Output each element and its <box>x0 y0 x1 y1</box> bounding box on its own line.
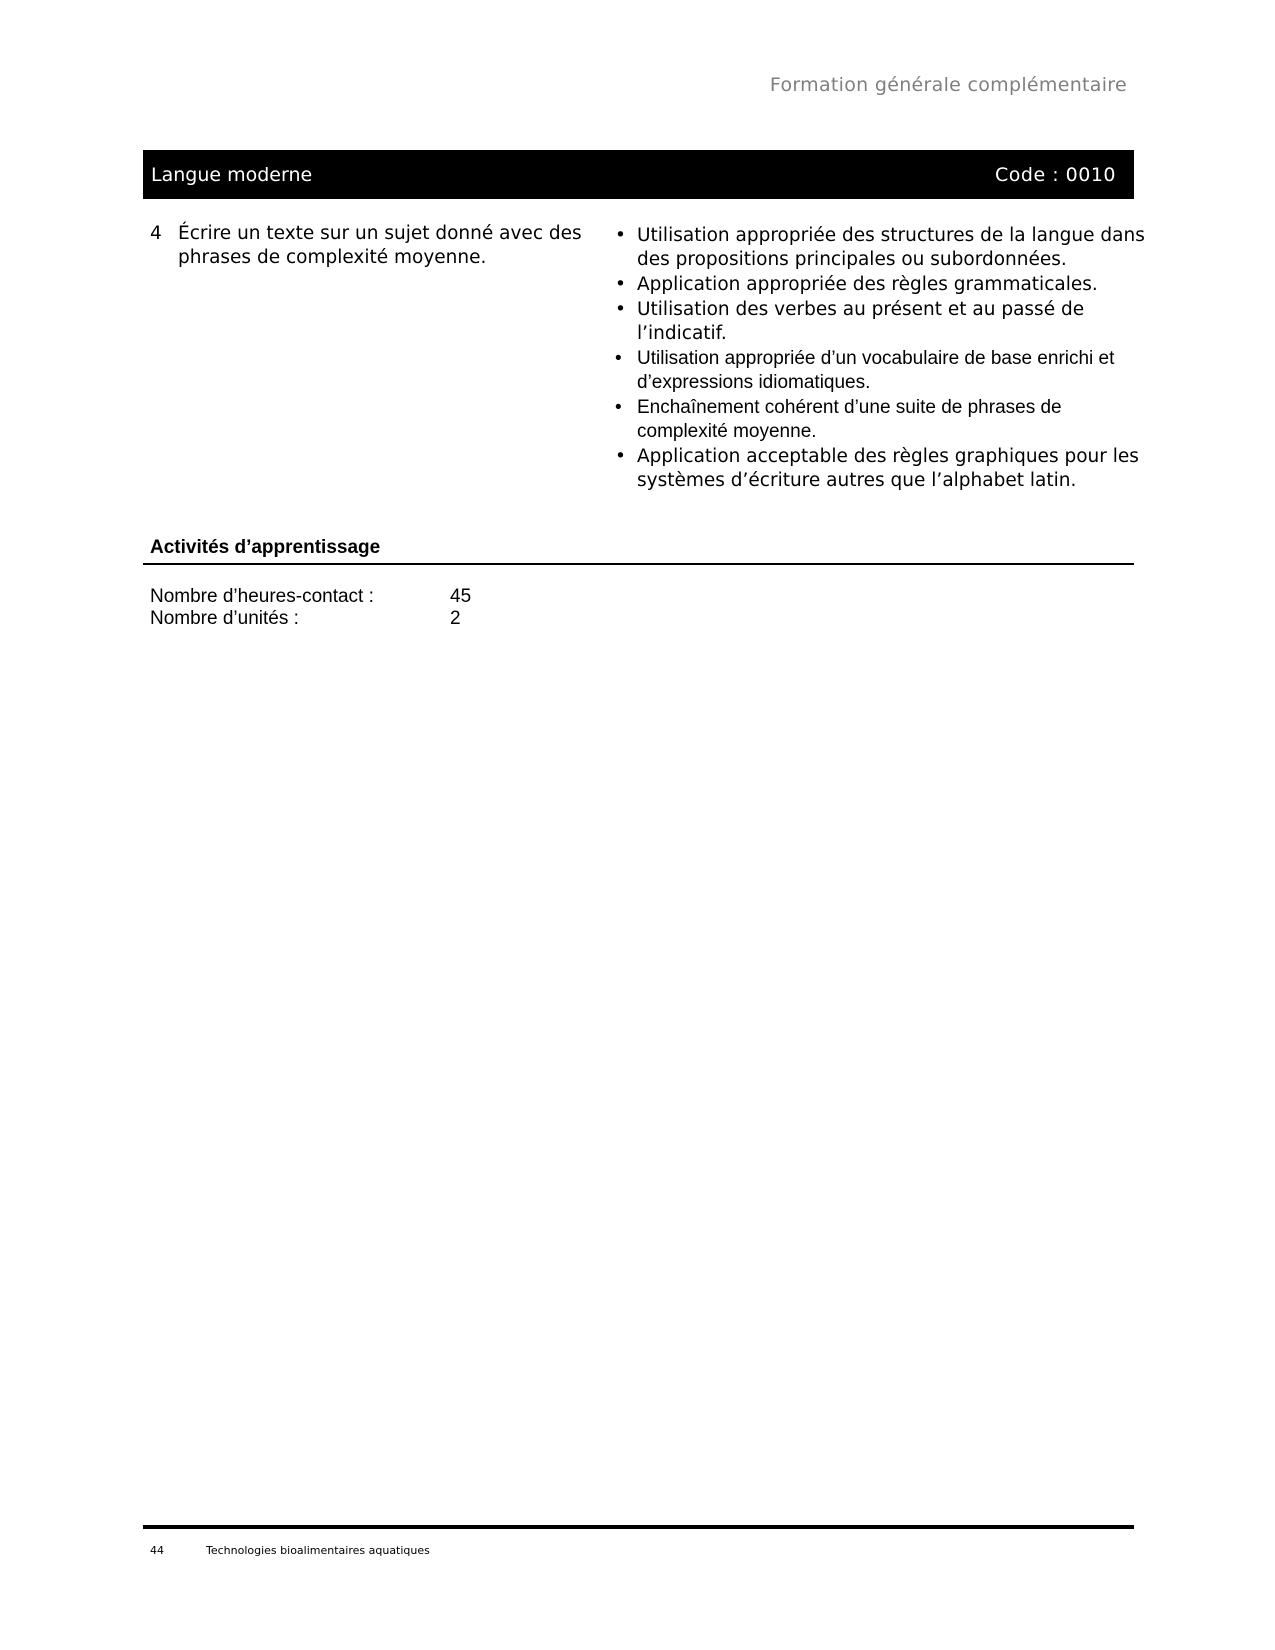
section-heading: Activités d’apprentissage <box>150 537 380 559</box>
criteria-item: •Application acceptable des règles graph… <box>615 445 1145 493</box>
criteria-item: •Utilisation appropriée des structures d… <box>615 224 1145 272</box>
course-title-bar: Langue moderne Code : 0010 <box>143 150 1134 199</box>
bullet-icon: • <box>615 347 622 371</box>
criteria-item: •Application appropriée des règles gramm… <box>615 273 1145 297</box>
criteria-item: •Enchaînement cohérent d’une suite de ph… <box>615 396 1145 444</box>
page-footer: 44 Technologies bioalimentaires aquatiqu… <box>150 1544 430 1557</box>
stat-row-units: Nombre d’unités : 2 <box>150 608 471 630</box>
running-header: Formation générale complémentaire <box>770 74 1127 96</box>
objective-text: Écrire un texte sur un sujet donné avec … <box>178 222 590 270</box>
course-stats: Nombre d’heures-contact : 45 Nombre d’un… <box>150 586 471 630</box>
stat-label: Nombre d’heures-contact : <box>150 586 450 608</box>
stat-label: Nombre d’unités : <box>150 608 450 630</box>
page-number: 44 <box>150 1544 206 1557</box>
bullet-icon: • <box>615 224 626 248</box>
stat-value: 45 <box>450 586 471 608</box>
criteria-item: •Utilisation des verbes au présent et au… <box>615 298 1145 346</box>
section-divider <box>143 563 1134 565</box>
course-name: Langue moderne <box>151 164 312 186</box>
criteria-item: •Utilisation appropriée d’un vocabulaire… <box>615 347 1145 395</box>
stat-value: 2 <box>450 608 461 630</box>
footer-divider <box>143 1525 1134 1529</box>
program-name: Technologies bioalimentaires aquatiques <box>206 1544 430 1557</box>
bullet-icon: • <box>615 396 622 420</box>
bullet-icon: • <box>615 298 626 322</box>
objective: 4 Écrire un texte sur un sujet donné ave… <box>150 222 590 270</box>
course-code: Code : 0010 <box>995 164 1116 186</box>
stat-row-hours: Nombre d’heures-contact : 45 <box>150 586 471 608</box>
performance-criteria-list: •Utilisation appropriée des structures d… <box>615 224 1145 494</box>
bullet-icon: • <box>615 445 626 469</box>
bullet-icon: • <box>615 273 626 297</box>
objective-number: 4 <box>150 222 178 270</box>
